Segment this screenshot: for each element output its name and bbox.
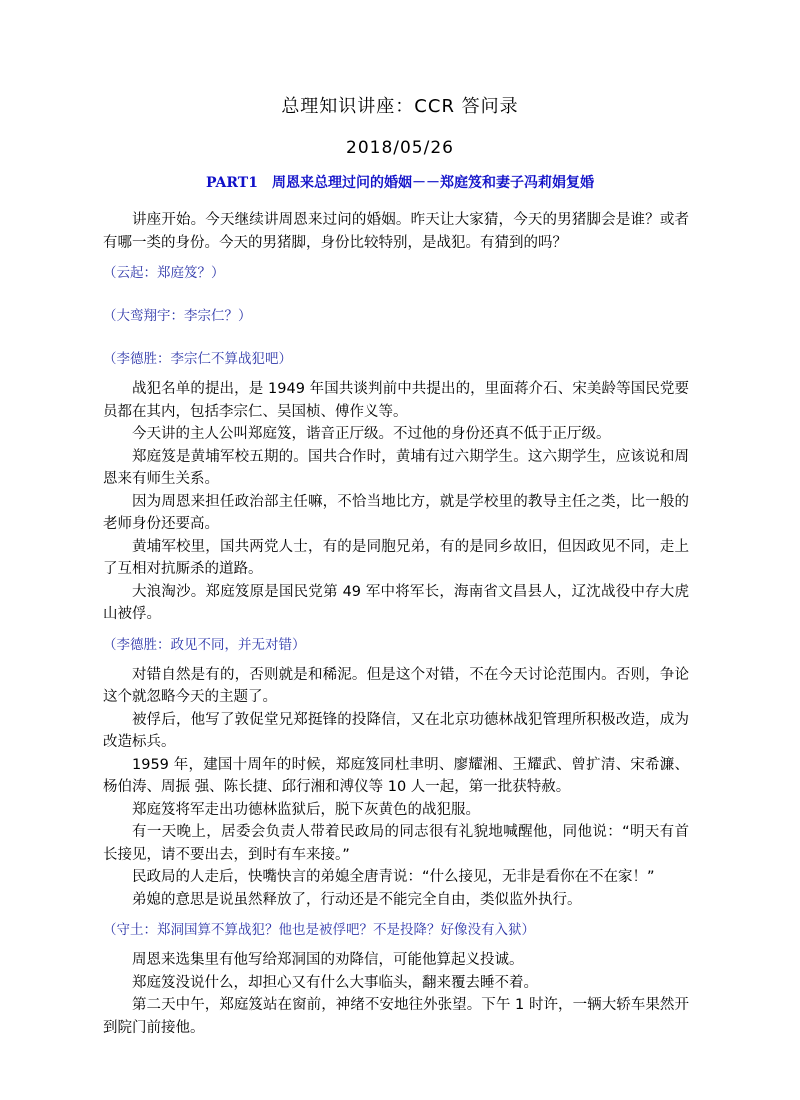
paragraph: 大浪淘沙。郑庭笈原是国民党第 49 军中将军长，海南省文昌县人，辽沈战役中存大虎… <box>103 581 689 626</box>
paragraph: 讲座开始。今天继续讲周恩来过问的婚姻。昨天让大家猜，今天的男猪脚会是谁？或者有哪… <box>103 209 689 254</box>
document-body: 讲座开始。今天继续讲周恩来过问的婚姻。昨天让大家猜，今天的男猪脚会是谁？或者有哪… <box>103 209 689 1039</box>
paragraph: 战犯名单的提出，是 1949 年国共谈判前中共提出的，里面蒋介石、宋美龄等国民党… <box>103 378 689 423</box>
part-heading: PART1 周恩来总理过问的婚姻－－郑庭笈和妻子冯莉娟复婚 <box>0 172 800 192</box>
paragraph: 郑庭笈是黄埔军校五期的。国共合作时，黄埔有过六期学生。这六期学生，应该说和周恩来… <box>103 446 689 491</box>
paragraph: 被俘后，他写了敦促堂兄郑挺锋的投降信，又在北京功德林战犯管理所积极改造，成为改造… <box>103 709 689 754</box>
paragraph: 黄埔军校里，国共两党人士，有的是同胞兄弟，有的是同乡故旧，但因政见不同，走上了互… <box>103 536 689 581</box>
reader-comment: （李德胜：李宗仁不算战犯吧） <box>103 348 689 370</box>
reader-comment: （李德胜：政见不同，并无对错） <box>103 634 689 656</box>
paragraph: 民政局的人走后，快嘴快言的弟媳全唐青说：“什么接见，无非是看你在不在家！” <box>103 866 689 889</box>
paragraph: 第二天中午，郑庭笈站在窗前，神绪不安地往外张望。下午 1 时许，一辆大轿车果然开… <box>103 994 689 1039</box>
reader-comment: （云起：郑庭笈？） <box>103 262 689 284</box>
paragraph: 对错自然是有的，否则就是和稀泥。但是这个对错，不在今天讨论范围内。否则，争论这个… <box>103 664 689 709</box>
paragraph: 1959 年，建国十周年的时候，郑庭笈同杜聿明、廖耀湘、王耀武、曾扩清、宋希濂、… <box>103 754 689 799</box>
paragraph: 弟媳的意思是说虽然释放了，行动还是不能完全自由，类似监外执行。 <box>103 889 689 912</box>
paragraph: 有一天晚上，居委会负责人带着民政局的同志很有礼貌地喊醒他，同他说：“明天有首长接… <box>103 821 689 866</box>
paragraph: 因为周恩来担任政治部主任嘛，不恰当地比方，就是学校里的教导主任之类，比一般的老师… <box>103 491 689 536</box>
document-page: 总理知识讲座：CCR 答问录 2018/05/26 PART1 周恩来总理过问的… <box>0 0 800 1100</box>
paragraph: 今天讲的主人公叫郑庭笈，谐音正厅级。不过他的身份还真不低于正厅级。 <box>103 423 689 446</box>
paragraph: 周恩来选集里有他写给郑洞国的劝降信，可能他算起义投诚。 <box>103 949 689 972</box>
paragraph: 郑庭笈没说什么，却担心又有什么大事临头，翻来覆去睡不着。 <box>103 972 689 995</box>
reader-comment: （守土：郑洞国算不算战犯？他也是被俘吧？不是投降？好像没有入狱） <box>103 919 689 941</box>
reader-comment: （大鸾翔宇：李宗仁？） <box>103 305 689 327</box>
paragraph: 郑庭笈将军走出功德林监狱后，脱下灰黄色的战犯服。 <box>103 799 689 822</box>
document-title: 总理知识讲座：CCR 答问录 <box>0 92 800 118</box>
document-date: 2018/05/26 <box>0 138 800 158</box>
